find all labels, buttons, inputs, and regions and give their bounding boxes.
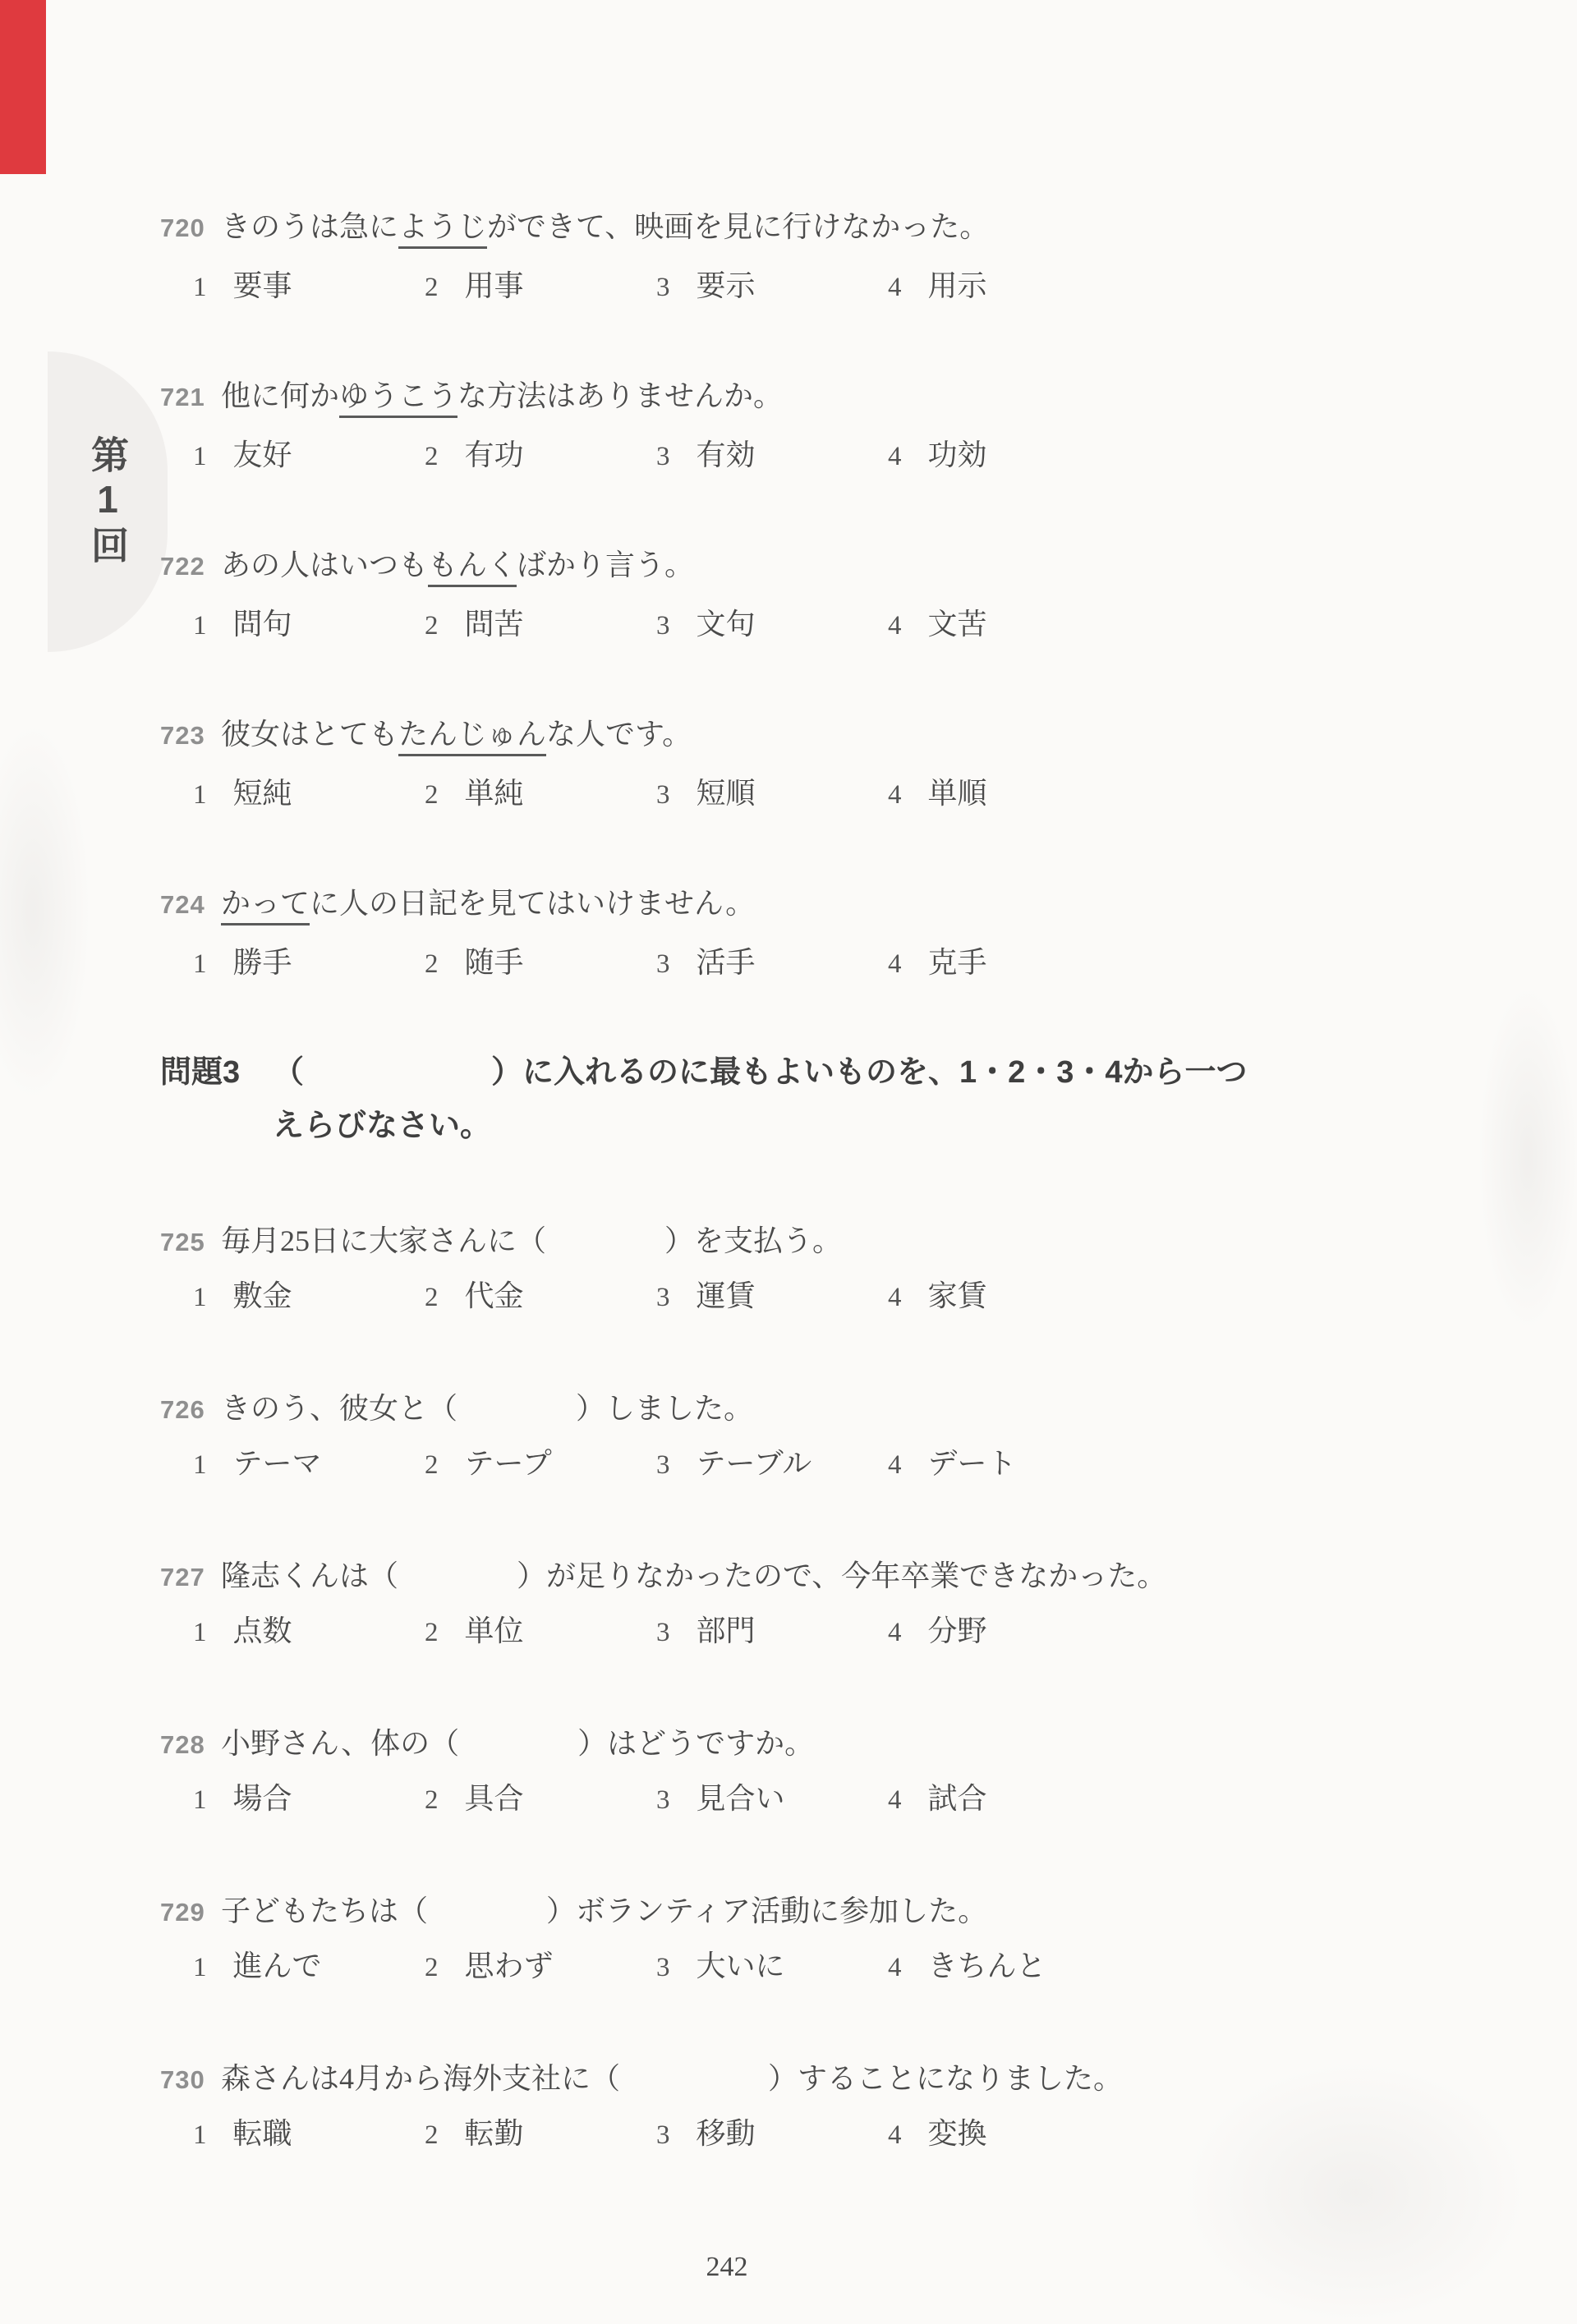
question-text: 小野さん、体の（ ）はどうですか。 [221, 1727, 814, 1760]
underlined-word: ようじ [398, 210, 487, 249]
section-instruction-line2: えらびなさい。 [273, 1106, 1248, 1146]
options-row: 1敷金 2代金 3運賃 4家賃 [160, 1276, 1491, 1317]
option-4: 4単順 [888, 774, 987, 815]
option-3: 3運賃 [656, 1276, 888, 1317]
page-number: 242 [624, 2252, 830, 2283]
option-2: 2問苦 [425, 604, 656, 645]
option-1: 1転職 [193, 2114, 425, 2155]
question-text: 森さんは4月から海外支社に（ ）することになりました。 [221, 2062, 1123, 2095]
option-3: 3活手 [656, 943, 888, 984]
question-number: 727 [160, 1558, 211, 1597]
question-number: 721 [160, 378, 211, 417]
option-4: 4家賃 [888, 1276, 987, 1317]
option-4: 4変換 [888, 2114, 987, 2155]
question-text: きのうは急にようじができて、映画を見に行けなかった。 [221, 210, 989, 243]
question-730: 730森さんは4月から海外支社に（ ）することになりました。 1転職 2転勤 3… [160, 2059, 1491, 2155]
question-text: 彼女はとてもたんじゅんな人です。 [221, 718, 692, 751]
options-row: 1短純 2単純 3短順 4単順 [160, 774, 1491, 815]
question-group-fill-blank: 725毎月25日に大家さんに（ ）を支払う。 1敷金 2代金 3運賃 4家賃 7… [160, 1221, 1491, 2155]
option-4: 4分野 [888, 1611, 987, 1652]
option-4: 4文苦 [888, 604, 987, 645]
option-1: 1要事 [193, 266, 425, 307]
option-3: 3要示 [656, 266, 888, 307]
option-1: 1問句 [193, 604, 425, 645]
options-row: 1友好 2有功 3有効 4功効 [160, 435, 1491, 476]
option-1: 1勝手 [193, 943, 425, 984]
option-3: 3テーブル [656, 1444, 888, 1485]
question-723: 723彼女はとてもたんじゅんな人です。 1短純 2単純 3短順 4単順 [160, 714, 1491, 815]
options-row: 1点数 2単位 3部門 4分野 [160, 1611, 1491, 1652]
section-instruction-line1: （ ）に入れるのに最もよいものを、1・2・3・4から一つ [273, 1053, 1248, 1092]
option-3: 3有効 [656, 435, 888, 476]
question-text: 毎月25日に大家さんに（ ）を支払う。 [221, 1224, 842, 1257]
options-row: 1テーマ 2テープ 3テーブル 4デート [160, 1444, 1491, 1485]
option-3: 3見合い [656, 1779, 888, 1820]
question-728: 728小野さん、体の（ ）はどうですか。 1場合 2具合 3見合い 4試合 [160, 1724, 1491, 1820]
question-725: 725毎月25日に大家さんに（ ）を支払う。 1敷金 2代金 3運賃 4家賃 [160, 1221, 1491, 1317]
option-2: 2単純 [425, 774, 656, 815]
scan-noise [0, 723, 90, 1100]
question-number: 720 [160, 209, 211, 248]
question-text: 他に何かゆうこうな方法はありませんか。 [221, 379, 783, 412]
option-1: 1短純 [193, 774, 425, 815]
question-724: 724かってに人の日記を見てはいけません。 1勝手 2随手 3活手 4克手 [160, 884, 1491, 984]
option-2: 2用事 [425, 266, 656, 307]
option-2: 2代金 [425, 1276, 656, 1317]
question-720: 720きのうは急にようじができて、映画を見に行けなかった。 1要事 2用事 3要… [160, 207, 1491, 307]
underlined-word: ゆうこう [339, 379, 457, 418]
question-text: 子どもたちは（ ）ボランティア活動に参加した。 [221, 1895, 987, 1927]
option-1: 1敷金 [193, 1276, 425, 1317]
question-number: 729 [160, 1893, 211, 1932]
question-729: 729子どもたちは（ ）ボランティア活動に参加した。 1進んで 2思わず 3大い… [160, 1891, 1491, 1987]
option-4: 4功効 [888, 435, 987, 476]
section-label: 問題3 [160, 1053, 263, 1146]
question-number: 724 [160, 885, 211, 925]
question-number: 726 [160, 1390, 211, 1430]
option-3: 3文句 [656, 604, 888, 645]
options-row: 1場合 2具合 3見合い 4試合 [160, 1779, 1491, 1820]
question-text: きのう、彼女と（ ）しました。 [221, 1392, 753, 1425]
option-3: 3移動 [656, 2114, 888, 2155]
options-row: 1問句 2問苦 3文句 4文苦 [160, 604, 1491, 645]
scan-noise [1478, 985, 1577, 1330]
question-722: 722あの人はいつももんくばかり言う。 1問句 2問苦 3文句 4文苦 [160, 545, 1491, 645]
option-2: 2有功 [425, 435, 656, 476]
option-3: 3短順 [656, 774, 888, 815]
option-2: 2具合 [425, 1779, 656, 1820]
red-corner-strip [0, 0, 46, 174]
question-text: 隆志くんは（ ）が足りなかったので、今年卒業できなかった。 [221, 1559, 1166, 1592]
option-2: 2転勤 [425, 2114, 656, 2155]
question-group-kanji-reading: 720きのうは急にようじができて、映画を見に行けなかった。 1要事 2用事 3要… [160, 0, 1491, 984]
question-726: 726きのう、彼女と（ ）しました。 1テーマ 2テープ 3テーブル 4デート [160, 1389, 1491, 1485]
option-4: 4克手 [888, 943, 987, 984]
underlined-word: たんじゅん [398, 718, 546, 756]
underlined-word: もんく [428, 549, 517, 587]
option-1: 1点数 [193, 1611, 425, 1652]
option-1: 1場合 [193, 1779, 425, 1820]
option-4: 4デート [888, 1444, 1017, 1485]
option-2: 2テープ [425, 1444, 656, 1485]
question-number: 722 [160, 547, 211, 586]
underlined-word: かって [221, 887, 310, 925]
chapter-tab: 第1回 [48, 351, 168, 652]
option-1: 1進んで [193, 1946, 425, 1987]
question-721: 721他に何かゆうこうな方法はありませんか。 1友好 2有功 3有効 4功効 [160, 376, 1491, 476]
question-727: 727隆志くんは（ ）が足りなかったので、今年卒業できなかった。 1点数 2単位… [160, 1556, 1491, 1652]
option-2: 2単位 [425, 1611, 656, 1652]
option-4: 4用示 [888, 266, 987, 307]
question-number: 728 [160, 1725, 211, 1765]
options-row: 1勝手 2随手 3活手 4克手 [160, 943, 1491, 984]
question-number: 730 [160, 2060, 211, 2100]
question-number: 725 [160, 1223, 211, 1262]
options-row: 1要事 2用事 3要示 4用示 [160, 266, 1491, 307]
section-header-mondai3: 問題3 （ ）に入れるのに最もよいものを、1・2・3・4から一つ えらびなさい。 [160, 1053, 1491, 1146]
option-3: 3部門 [656, 1611, 888, 1652]
question-text: あの人はいつももんくばかり言う。 [221, 549, 694, 581]
question-number: 723 [160, 716, 211, 756]
option-4: 4試合 [888, 1779, 987, 1820]
options-row: 1転職 2転勤 3移動 4変換 [160, 2114, 1491, 2155]
option-2: 2随手 [425, 943, 656, 984]
question-text: かってに人の日記を見てはいけません。 [221, 887, 755, 920]
page-content: 720きのうは急にようじができて、映画を見に行けなかった。 1要事 2用事 3要… [160, 0, 1491, 2226]
chapter-tab-label: 第1回 [80, 435, 135, 568]
option-3: 3大いに [656, 1946, 888, 1987]
options-row: 1進んで 2思わず 3大いに 4きちんと [160, 1946, 1491, 1987]
option-4: 4きちんと [888, 1946, 1046, 1987]
option-1: 1テーマ [193, 1444, 425, 1485]
option-1: 1友好 [193, 435, 425, 476]
option-2: 2思わず [425, 1946, 656, 1987]
